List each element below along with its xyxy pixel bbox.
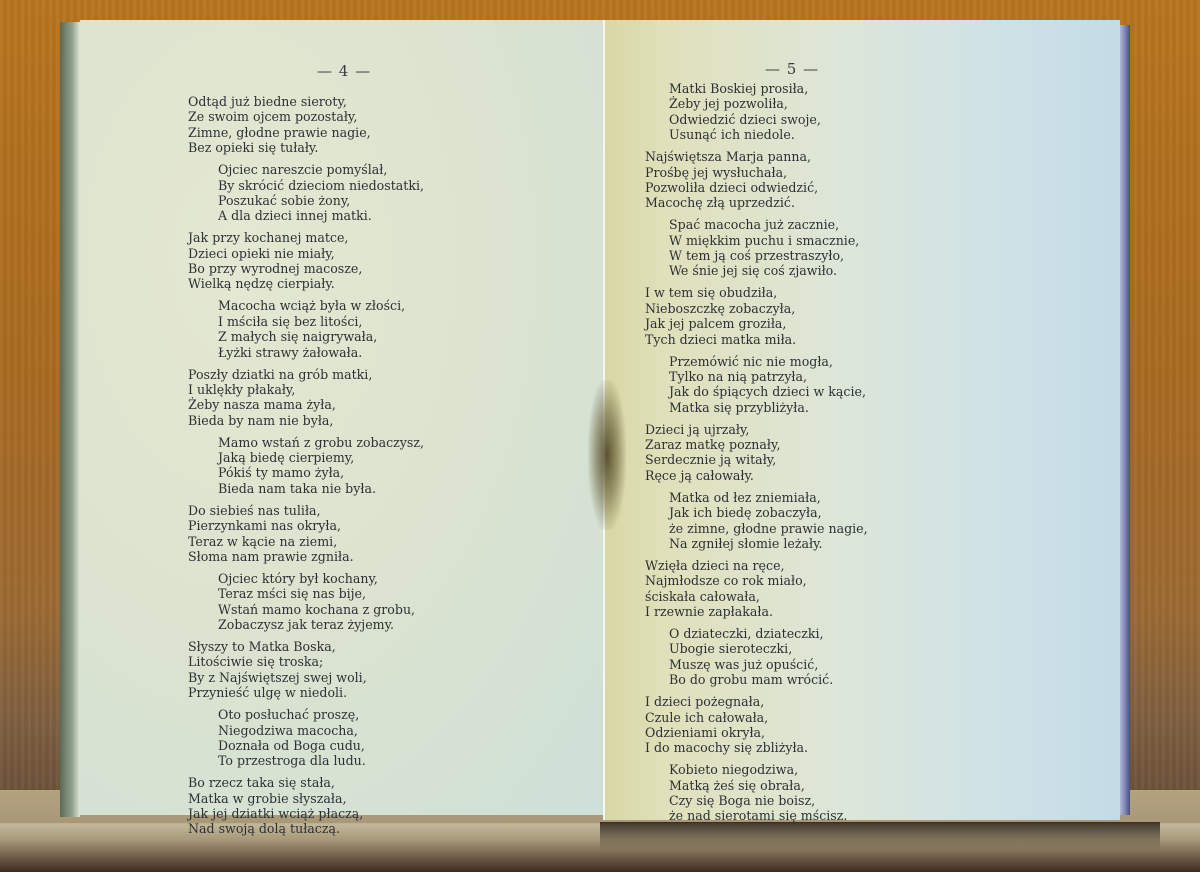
poem-line: Ubogie sieroteczki, — [669, 641, 868, 656]
stanza: Przemówić nic nie mogła,Tylko na nią pat… — [645, 354, 868, 416]
poem-line: Bieda nam taka nie była. — [218, 481, 424, 496]
stanza: Słyszy to Matka Boska,Litościwie się tro… — [188, 639, 424, 701]
poem-line: Bo rzecz taka się stała, — [188, 775, 424, 790]
poem-line: I do macochy się zbliżyła. — [645, 740, 868, 755]
poem-line: Słoma nam prawie zgniła. — [188, 549, 424, 564]
poem-line: Matka w grobie słyszała, — [188, 791, 424, 806]
water-stain — [588, 380, 626, 530]
poem-line: Spać macocha już zacznie, — [669, 217, 868, 232]
poem-line: Dzieci opieki nie miały, — [188, 246, 424, 261]
stanza: Jak przy kochanej matce,Dzieci opieki ni… — [188, 230, 424, 292]
poem-line: Prośbę jej wysłuchała, — [645, 165, 868, 180]
stanza: Wzięła dzieci na ręce,Najmłodsze co rok … — [645, 558, 868, 620]
poem-line: O dziateczki, dziateczki, — [669, 626, 868, 641]
poem-line: Słyszy to Matka Boska, — [188, 639, 424, 654]
poem-line: Muszę was już opuścić, — [669, 657, 868, 672]
poem-line: Zimne, głodne prawie nagie, — [188, 125, 424, 140]
poem-line: że nad sierotami się mścisz. — [669, 808, 868, 823]
poem-line: Matka od łez zniemiała, — [669, 490, 868, 505]
poem-line: Jak jej palcem groziła, — [645, 316, 868, 331]
poem-line: Teraz w kącie na ziemi, — [188, 534, 424, 549]
poem-line: Łyżki strawy żałowała. — [218, 345, 424, 360]
poem-line: Matką żeś się obrała, — [669, 778, 868, 793]
poem-line: Niegodziwa macocha, — [218, 723, 424, 738]
poem-line: Nad swoją dolą tułaczą. — [188, 821, 424, 836]
stanza: Do siebieś nas tuliła,Pierzynkami nas ok… — [188, 503, 424, 565]
poem-line: Ze swoim ojcem pozostały, — [188, 109, 424, 124]
poem-line: Macochę złą uprzedzić. — [645, 195, 868, 210]
poem-line: I rzewnie zapłakała. — [645, 604, 868, 619]
poem-line: Pozwoliła dzieci odwiedzić, — [645, 180, 868, 195]
poem-line: Kobieto niegodziwa, — [669, 762, 868, 777]
poem-line: Bieda by nam nie była, — [188, 413, 424, 428]
stanza: Dzieci ją ujrzały,Zaraz matkę poznały,Se… — [645, 422, 868, 484]
poem-line: By z Najświętszej swej woli, — [188, 670, 424, 685]
poem-line: Ojciec który był kochany, — [218, 571, 424, 586]
poem-line: ściskała całowała, — [645, 589, 868, 604]
poem-line: Matki Boskiej prosiła, — [669, 81, 868, 96]
poem-line: Pókiś ty mamo żyła, — [218, 465, 424, 480]
poem-line: Jak przy kochanej matce, — [188, 230, 424, 245]
poem-line: Mamo wstań z grobu zobaczysz, — [218, 435, 424, 450]
stanza: I w tem się obudziła,Nieboszczkę zobaczy… — [645, 285, 868, 347]
poem-line: Teraz mści się nas bije, — [218, 586, 424, 601]
poem-line: Jak ich biedę zobaczyła, — [669, 505, 868, 520]
poem-line: Do siebieś nas tuliła, — [188, 503, 424, 518]
poem-line: Bez opieki się tułały. — [188, 140, 424, 155]
poem-line: Czy się Boga nie boisz, — [669, 793, 868, 808]
poem-line: Zaraz matkę poznały, — [645, 437, 868, 452]
stanza: Spać macocha już zacznie,W miękkim puchu… — [645, 217, 868, 279]
poem-line: By skrócić dzieciom niedostatki, — [218, 178, 424, 193]
stanza: Odtąd już biedne sieroty,Ze swoim ojcem … — [188, 94, 424, 156]
poem-line: Bo do grobu mam wrócić. — [669, 672, 868, 687]
poem-line: Bo przy wyrodnej macosze, — [188, 261, 424, 276]
poem-line: Wzięła dzieci na ręce, — [645, 558, 868, 573]
stanza: Macocha wciąż była w złości,I mściła się… — [188, 298, 424, 360]
poem-line: Litościwie się troska; — [188, 654, 424, 669]
stanza: Poszły dziatki na grób matki,I uklękły p… — [188, 367, 424, 429]
poem-line: Z małych się naigrywała, — [218, 329, 424, 344]
poem-line: I w tem się obudziła, — [645, 285, 868, 300]
poem-line: Usunąć ich niedole. — [669, 127, 868, 142]
poem-line: Jaką biedę cierpiemy, — [218, 450, 424, 465]
poem-line: We śnie jej się coś zjawiło. — [669, 263, 868, 278]
stanza: Ojciec który był kochany,Teraz mści się … — [188, 571, 424, 633]
poem-text: Odtąd już biedne sieroty,Ze swoim ojcem … — [188, 94, 424, 843]
poem-line: Tylko na nią patrzyła, — [669, 369, 868, 384]
poem-line: Pierzynkami nas okryła, — [188, 518, 424, 533]
poem-line: To przestroga dla ludu. — [218, 753, 424, 768]
stanza: I dzieci pożegnała,Czule ich całowała,Od… — [645, 694, 868, 756]
page-number: — 4 — — [317, 62, 371, 80]
poem-line: Ojciec nareszcie pomyślał, — [218, 162, 424, 177]
poem-line: Czule ich całowała, — [645, 710, 868, 725]
stanza: Oto posłuchać proszę,Niegodziwa macocha,… — [188, 707, 424, 769]
poem-line: Dzieci ją ujrzały, — [645, 422, 868, 437]
poem-line: I mściła się bez litości, — [218, 314, 424, 329]
poem-line: Poszukać sobie żony, — [218, 193, 424, 208]
poem-line: I uklękły płakały, — [188, 382, 424, 397]
poem-line: Na zgniłej słomie leżały. — [669, 536, 868, 551]
poem-line: Matka się przybliżyła. — [669, 400, 868, 415]
poem-line: A dla dzieci innej matki. — [218, 208, 424, 223]
poem-line: Najmłodsze co rok miało, — [645, 573, 868, 588]
poem-line: Odwiedzić dzieci swoje, — [669, 112, 868, 127]
stanza: O dziateczki, dziateczki,Ubogie sierotec… — [645, 626, 868, 688]
poem-line: Żeby jej pozwoliła, — [669, 96, 868, 111]
stanza: Ojciec nareszcie pomyślał,By skrócić dzi… — [188, 162, 424, 224]
poem-line: W miękkim puchu i smacznie, — [669, 233, 868, 248]
poem-line: W tem ją coś przestraszyło, — [669, 248, 868, 263]
poem-line: Jak do śpiących dzieci w kącie, — [669, 384, 868, 399]
stanza: Matka od łez zniemiała,Jak ich biedę zob… — [645, 490, 868, 552]
poem-line: Jak jej dziatki wciąż płaczą, — [188, 806, 424, 821]
poem-line: Najświętsza Marja panna, — [645, 149, 868, 164]
poem-line: że zimne, głodne prawie nagie, — [669, 521, 868, 536]
poem-line: Ręce ją całowały. — [645, 468, 868, 483]
poem-line: Poszły dziatki na grób matki, — [188, 367, 424, 382]
poem-text: Matki Boskiej prosiła,Żeby jej pozwoliła… — [645, 81, 868, 830]
poem-line: I dzieci pożegnała, — [645, 694, 868, 709]
poem-line: Nieboszczkę zobaczyła, — [645, 301, 868, 316]
poem-line: Oto posłuchać proszę, — [218, 707, 424, 722]
stanza: Bo rzecz taka się stała,Matka w grobie s… — [188, 775, 424, 837]
poem-line: Przynieść ulgę w niedoli. — [188, 685, 424, 700]
poem-line: Zobaczysz jak teraz żyjemy. — [218, 617, 424, 632]
poem-line: Przemówić nic nie mogła, — [669, 354, 868, 369]
poem-line: Żeby nasza mama żyła, — [188, 397, 424, 412]
stanza: Kobieto niegodziwa,Matką żeś się obrała,… — [645, 762, 868, 824]
poem-line: Wielką nędzę cierpiały. — [188, 276, 424, 291]
poem-line: Odtąd już biedne sieroty, — [188, 94, 424, 109]
left-page: — 4 — Odtąd już biedne sieroty,Ze swoim … — [80, 20, 605, 815]
page-number: — 5 — — [765, 60, 819, 78]
stanza: Najświętsza Marja panna,Prośbę jej wysłu… — [645, 149, 868, 211]
poem-line: Tych dzieci matka miła. — [645, 332, 868, 347]
right-page: — 5 — Matki Boskiej prosiła,Żeby jej poz… — [605, 20, 1120, 820]
book-cover-left-edge — [60, 22, 80, 817]
poem-line: Doznała od Boga cudu, — [218, 738, 424, 753]
stanza: Matki Boskiej prosiła,Żeby jej pozwoliła… — [645, 81, 868, 143]
stanza: Mamo wstań z grobu zobaczysz,Jaką biedę … — [188, 435, 424, 497]
poem-line: Wstań mamo kochana z grobu, — [218, 602, 424, 617]
poem-line: Macocha wciąż była w złości, — [218, 298, 424, 313]
poem-line: Odzieniami okryła, — [645, 725, 868, 740]
poem-line: Serdecznie ją witały, — [645, 452, 868, 467]
